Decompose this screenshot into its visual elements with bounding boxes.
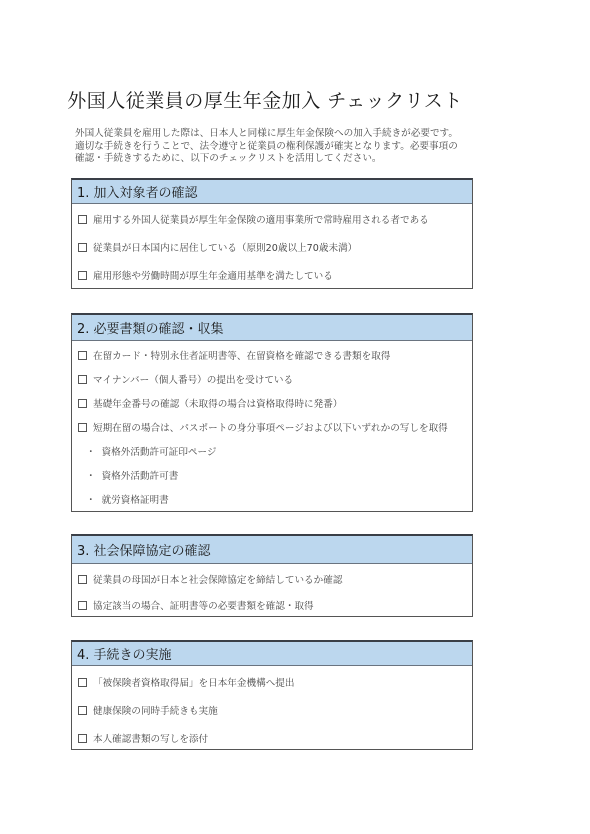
intro-line: 適切な手続きを行うことで、法令遵守と従業員の権利保護が確実となります。必要事項の bbox=[75, 141, 485, 154]
checkbox[interactable] bbox=[78, 575, 87, 584]
checkbox[interactable] bbox=[78, 678, 87, 687]
sub-item-label: 資格外活動許可証印ページ bbox=[102, 447, 217, 458]
checklist-item-label: 「被保険者資格取得届」を日本年金機構へ提出 bbox=[93, 678, 294, 689]
checklist-item[interactable]: 「被保険者資格取得届」を日本年金機構へ提出 bbox=[78, 675, 294, 689]
checklist-item[interactable]: 在留カード・特別永住者証明書等、在留資格を確認できる書類を取得 bbox=[78, 348, 390, 362]
intro-line: 外国人従業員を雇用した際は、日本人と同様に厚生年金保険への加入手続きが必要です。 bbox=[75, 128, 485, 141]
checklist-item-label: 雇用する外国人従業員が厚生年金保険の適用事業所で常時雇用される者である bbox=[93, 215, 429, 226]
section-social-security: 3. 社会保障協定の確認 従業員の母国が日本と社会保障協定を締結しているか確認 … bbox=[71, 534, 473, 617]
checklist-item-label: 従業員の母国が日本と社会保障協定を締結しているか確認 bbox=[93, 575, 342, 586]
checkbox[interactable] bbox=[78, 399, 87, 408]
bullet-icon: ・ bbox=[86, 444, 96, 458]
bullet-icon: ・ bbox=[86, 492, 96, 506]
checklist-item[interactable]: 基礎年金番号の確認（未取得の場合は資格取得時に発番） bbox=[78, 396, 342, 410]
checklist-item[interactable]: 雇用する外国人従業員が厚生年金保険の適用事業所で常時雇用される者である bbox=[78, 212, 429, 226]
checklist-item[interactable]: 短期在留の場合は、パスポートの身分事項ページおよび以下いずれかの写しを取得 bbox=[78, 420, 448, 434]
section-eligibility: 1. 加入対象者の確認 雇用する外国人従業員が厚生年金保険の適用事業所で常時雇用… bbox=[71, 178, 473, 289]
checklist-item-label: 従業員が日本国内に居住している（原則20歳以上70歳未満） bbox=[93, 243, 357, 254]
checklist-item-label: 短期在留の場合は、パスポートの身分事項ページおよび以下いずれかの写しを取得 bbox=[93, 423, 448, 434]
sub-item: ・資格外活動許可証印ページ bbox=[78, 444, 217, 458]
checklist-item-label: 在留カード・特別永住者証明書等、在留資格を確認できる書類を取得 bbox=[93, 351, 390, 362]
section-documents: 2. 必要書類の確認・収集 在留カード・特別永住者証明書等、在留資格を確認できる… bbox=[71, 313, 473, 512]
checklist-item-label: 基礎年金番号の確認（未取得の場合は資格取得時に発番） bbox=[93, 399, 342, 410]
page-title: 外国人従業員の厚生年金加入 チェックリスト bbox=[0, 86, 530, 113]
checklist-item[interactable]: 雇用形態や労働時間が厚生年金適用基準を満たしている bbox=[78, 268, 333, 282]
intro-paragraph: 外国人従業員を雇用した際は、日本人と同様に厚生年金保険への加入手続きが必要です。… bbox=[75, 128, 485, 166]
section-heading: 2. 必要書類の確認・収集 bbox=[72, 315, 472, 341]
section-heading: 3. 社会保障協定の確認 bbox=[72, 536, 472, 564]
sub-item: ・資格外活動許可書 bbox=[78, 468, 178, 482]
checkbox[interactable] bbox=[78, 375, 87, 384]
checklist-item[interactable]: 本人確認書類の写しを添付 bbox=[78, 731, 208, 745]
checkbox[interactable] bbox=[78, 351, 87, 360]
checklist-item[interactable]: マイナンバー（個人番号）の提出を受けている bbox=[78, 372, 293, 386]
checkbox[interactable] bbox=[78, 243, 87, 252]
checklist-item[interactable]: 従業員が日本国内に居住している（原則20歳以上70歳未満） bbox=[78, 240, 357, 254]
section-heading: 1. 加入対象者の確認 bbox=[72, 180, 472, 204]
checkbox[interactable] bbox=[78, 271, 87, 280]
checklist-item-label: 健康保険の同時手続きも実施 bbox=[93, 706, 218, 717]
sub-item-label: 就労資格証明書 bbox=[102, 495, 169, 506]
sub-item-label: 資格外活動許可書 bbox=[102, 471, 179, 482]
checklist-item[interactable]: 従業員の母国が日本と社会保障協定を締結しているか確認 bbox=[78, 572, 342, 586]
checkbox[interactable] bbox=[78, 601, 87, 610]
checklist-item[interactable]: 協定該当の場合、証明書等の必要書類を確認・取得 bbox=[78, 598, 314, 612]
intro-line: 確認・手続きするために、以下のチェックリストを活用してください。 bbox=[75, 153, 485, 166]
checklist-item-label: 本人確認書類の写しを添付 bbox=[93, 734, 208, 745]
checkbox[interactable] bbox=[78, 706, 87, 715]
section-heading: 4. 手続きの実施 bbox=[72, 642, 472, 666]
checkbox[interactable] bbox=[78, 734, 87, 743]
checklist-item-label: 雇用形態や労働時間が厚生年金適用基準を満たしている bbox=[93, 271, 333, 282]
checklist-item-label: マイナンバー（個人番号）の提出を受けている bbox=[93, 375, 293, 386]
checkbox[interactable] bbox=[78, 215, 87, 224]
checklist-item[interactable]: 健康保険の同時手続きも実施 bbox=[78, 703, 218, 717]
bullet-icon: ・ bbox=[86, 468, 96, 482]
section-procedures: 4. 手続きの実施 「被保険者資格取得届」を日本年金機構へ提出 健康保険の同時手… bbox=[71, 640, 473, 750]
sub-item: ・就労資格証明書 bbox=[78, 492, 169, 506]
checklist-item-label: 協定該当の場合、証明書等の必要書類を確認・取得 bbox=[93, 601, 314, 612]
checkbox[interactable] bbox=[78, 423, 87, 432]
